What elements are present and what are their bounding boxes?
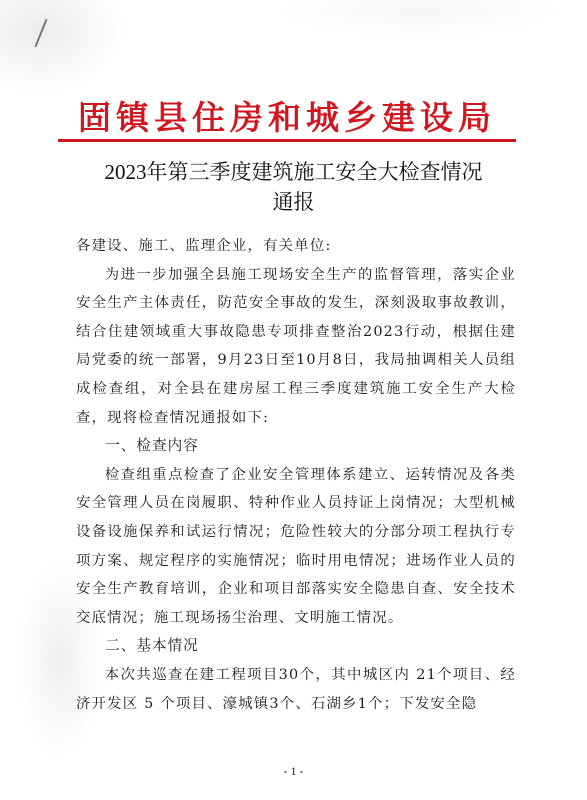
document-page: 固镇县住房和城乡建设局 2023年第三季度建筑施工安全大检查情况 通报 各建设、… (0, 0, 587, 800)
page-number: - 1 - (0, 764, 587, 779)
section-heading-inspection-content: 一、检查内容 (76, 432, 516, 461)
document-body: 各建设、施工、监理企业，有关单位: 为进一步加强全县施工现场安全生产的监督管理，… (76, 232, 516, 718)
salutation: 各建设、施工、监理企业，有关单位: (76, 232, 516, 261)
section-body-inspection-content: 检查组重点检查了企业安全管理体系建立、运转情况及各类安全管理人员在岗履职、特种作… (76, 461, 516, 633)
scan-mark (34, 19, 47, 48)
red-divider-line (58, 139, 516, 142)
document-title-line-1: 2023年第三季度建筑施工安全大检查情况 (0, 157, 587, 187)
issuer-header: 固镇县住房和城乡建设局 (78, 96, 498, 140)
intro-paragraph: 为进一步加强全县施工现场安全生产的监督管理，落实企业安全生产主体责任，防范安全事… (76, 261, 516, 433)
section-heading-basic-situation: 二、基本情况 (76, 632, 516, 661)
document-title-line-2: 通报 (0, 187, 587, 217)
section-body-basic-situation: 本次共巡查在建工程项目30个，其中城区内 21个项目、经济开发区 5 个项目、濠… (76, 661, 516, 718)
